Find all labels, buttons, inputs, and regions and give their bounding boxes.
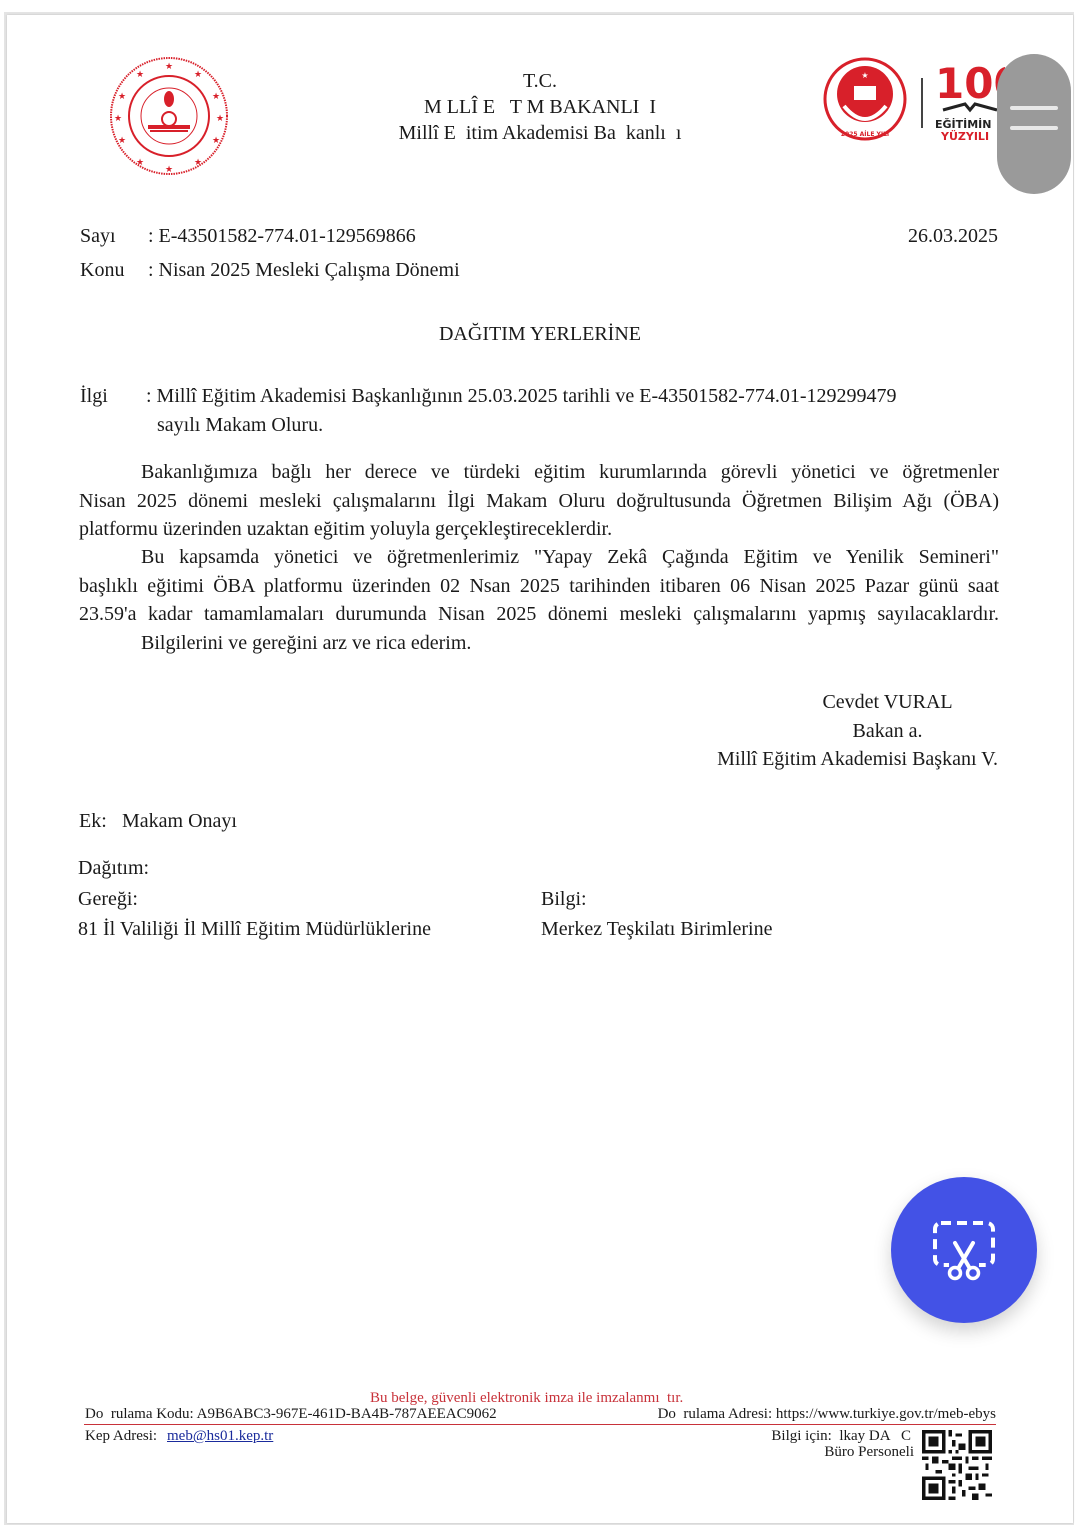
svg-text:★: ★ <box>118 135 126 145</box>
p2-line: 23.59'a kadar tamamlamaları durumunda Ni… <box>79 600 999 629</box>
geregi-label: Gereği: <box>78 888 138 911</box>
attachment-label: Ek: <box>79 810 107 833</box>
sayi-value: : E-43501582-774.01-129569866 <box>148 225 416 248</box>
header-ministry: M LLÎ E T M BAKANLI I <box>340 94 740 120</box>
handle-bar-bottom <box>1010 126 1058 130</box>
signature-block: Cevdet VURAL Bakan a. Millî Eğitim Akade… <box>717 688 998 774</box>
svg-text:★: ★ <box>136 157 144 167</box>
bilgi-value: Merkez Teşkilatı Birimlerine <box>541 918 773 941</box>
konu-label: Konu <box>80 259 124 282</box>
p1-line: platformu üzerinden uzaktan eğitim yoluy… <box>79 515 999 544</box>
p3-line: Bilgilerini ve gereğini arz ve rica eder… <box>79 629 999 658</box>
svg-text:★: ★ <box>114 113 122 123</box>
p2-line: başlıklı eğitimi ÖBA platformu üzerinden… <box>79 572 999 601</box>
svg-text:2025 AİLE YILI: 2025 AİLE YILI <box>841 131 889 138</box>
svg-text:★: ★ <box>194 69 202 79</box>
recipient-heading: DAĞITIM YERLERİNE <box>0 323 1080 346</box>
verify-address: Do rulama Adresi: https://www.turkiye.go… <box>658 1406 996 1423</box>
svg-text:★: ★ <box>136 69 144 79</box>
header-tc: T.C. <box>340 68 740 94</box>
svg-text:100: 100 <box>935 59 1005 108</box>
kep-link[interactable]: meb@hs01.kep.tr <box>167 1428 273 1445</box>
distribution-label: Dağıtım: <box>78 857 149 880</box>
kep-label: Kep Adresi: <box>85 1428 157 1445</box>
signer-title-2: Millî Eğitim Akademisi Başkanı V. <box>717 745 998 774</box>
svg-text:YÜZYILI: YÜZYILI <box>940 129 989 143</box>
info-contact: Bilgi için: lkay DA C <box>771 1428 911 1445</box>
svg-text:★: ★ <box>194 157 202 167</box>
egitimin-yuzyili-logo: 100 EĞİTİMİN YÜZYILI <box>935 58 1005 146</box>
svg-text:★: ★ <box>212 91 220 101</box>
svg-text:★: ★ <box>165 164 173 174</box>
scissors-crop-icon <box>931 1219 997 1281</box>
sayi-label: Sayı <box>80 225 116 248</box>
ilgi-line2: sayılı Makam Oluru. <box>157 414 323 437</box>
footer-divider <box>84 1424 996 1425</box>
esign-notice: Bu belge, güvenli elektronik imza ile im… <box>370 1390 683 1407</box>
body-paragraph-2: Bu kapsamda yönetici ve öğretmenlerimiz … <box>79 543 999 657</box>
body-paragraph-1: Bakanlığımıza bağlı her derece ve türdek… <box>79 458 999 544</box>
signer-title-1: Bakan a. <box>717 717 998 746</box>
handle-bar-top <box>1010 106 1058 110</box>
signer-name: Cevdet VURAL <box>717 688 998 717</box>
konu-value: : Nisan 2025 Mesleki Çalışma Dönemi <box>148 259 460 282</box>
p1-line: Bakanlığımıza bağlı her derece ve türdek… <box>79 458 999 487</box>
drawer-handle[interactable] <box>997 54 1071 194</box>
ilgi-label: İlgi <box>80 385 108 408</box>
bilgi-label: Bilgi: <box>541 888 587 911</box>
svg-text:★: ★ <box>165 61 173 71</box>
geregi-value: 81 İl Valiliği İl Millî Eğitim Müdürlükl… <box>78 918 431 941</box>
info-role: Büro Personeli <box>824 1444 914 1461</box>
header-unit: Millî E itim Akademisi Ba kanlı ı <box>340 120 740 146</box>
svg-text:★: ★ <box>861 71 868 80</box>
screenshot-crop-button[interactable] <box>891 1177 1037 1323</box>
attachment-value: Makam Onayı <box>122 810 237 833</box>
p2-line: Bu kapsamda yönetici ve öğretmenlerimiz … <box>79 543 999 572</box>
meb-seal-icon: ★ ★ ★ ★ ★ ★ ★ ★ ★ ★ ★ ★ <box>108 55 230 177</box>
svg-text:★: ★ <box>212 135 220 145</box>
verify-code: Do rulama Kodu: A9B6ABC3-967E-461D-BA4B-… <box>85 1406 497 1423</box>
svg-text:★: ★ <box>216 113 224 123</box>
document-date: 26.03.2025 <box>908 225 998 248</box>
logo-divider <box>921 78 923 128</box>
qr-code-icon <box>922 1430 992 1500</box>
letterhead: T.C. M LLÎ E T M BAKANLI I Millî E itim … <box>340 68 740 146</box>
p1-line: Nisan 2025 dönemi mesleki çalışmalarını … <box>79 487 999 516</box>
ilgi-line1: : Millî Eğitim Akademisi Başkanlığının 2… <box>146 385 897 408</box>
aile-yili-logo: ★ 2025 AİLE YILI <box>822 56 908 142</box>
svg-text:EĞİTİMİN: EĞİTİMİN <box>935 117 991 131</box>
svg-text:★: ★ <box>118 91 126 101</box>
